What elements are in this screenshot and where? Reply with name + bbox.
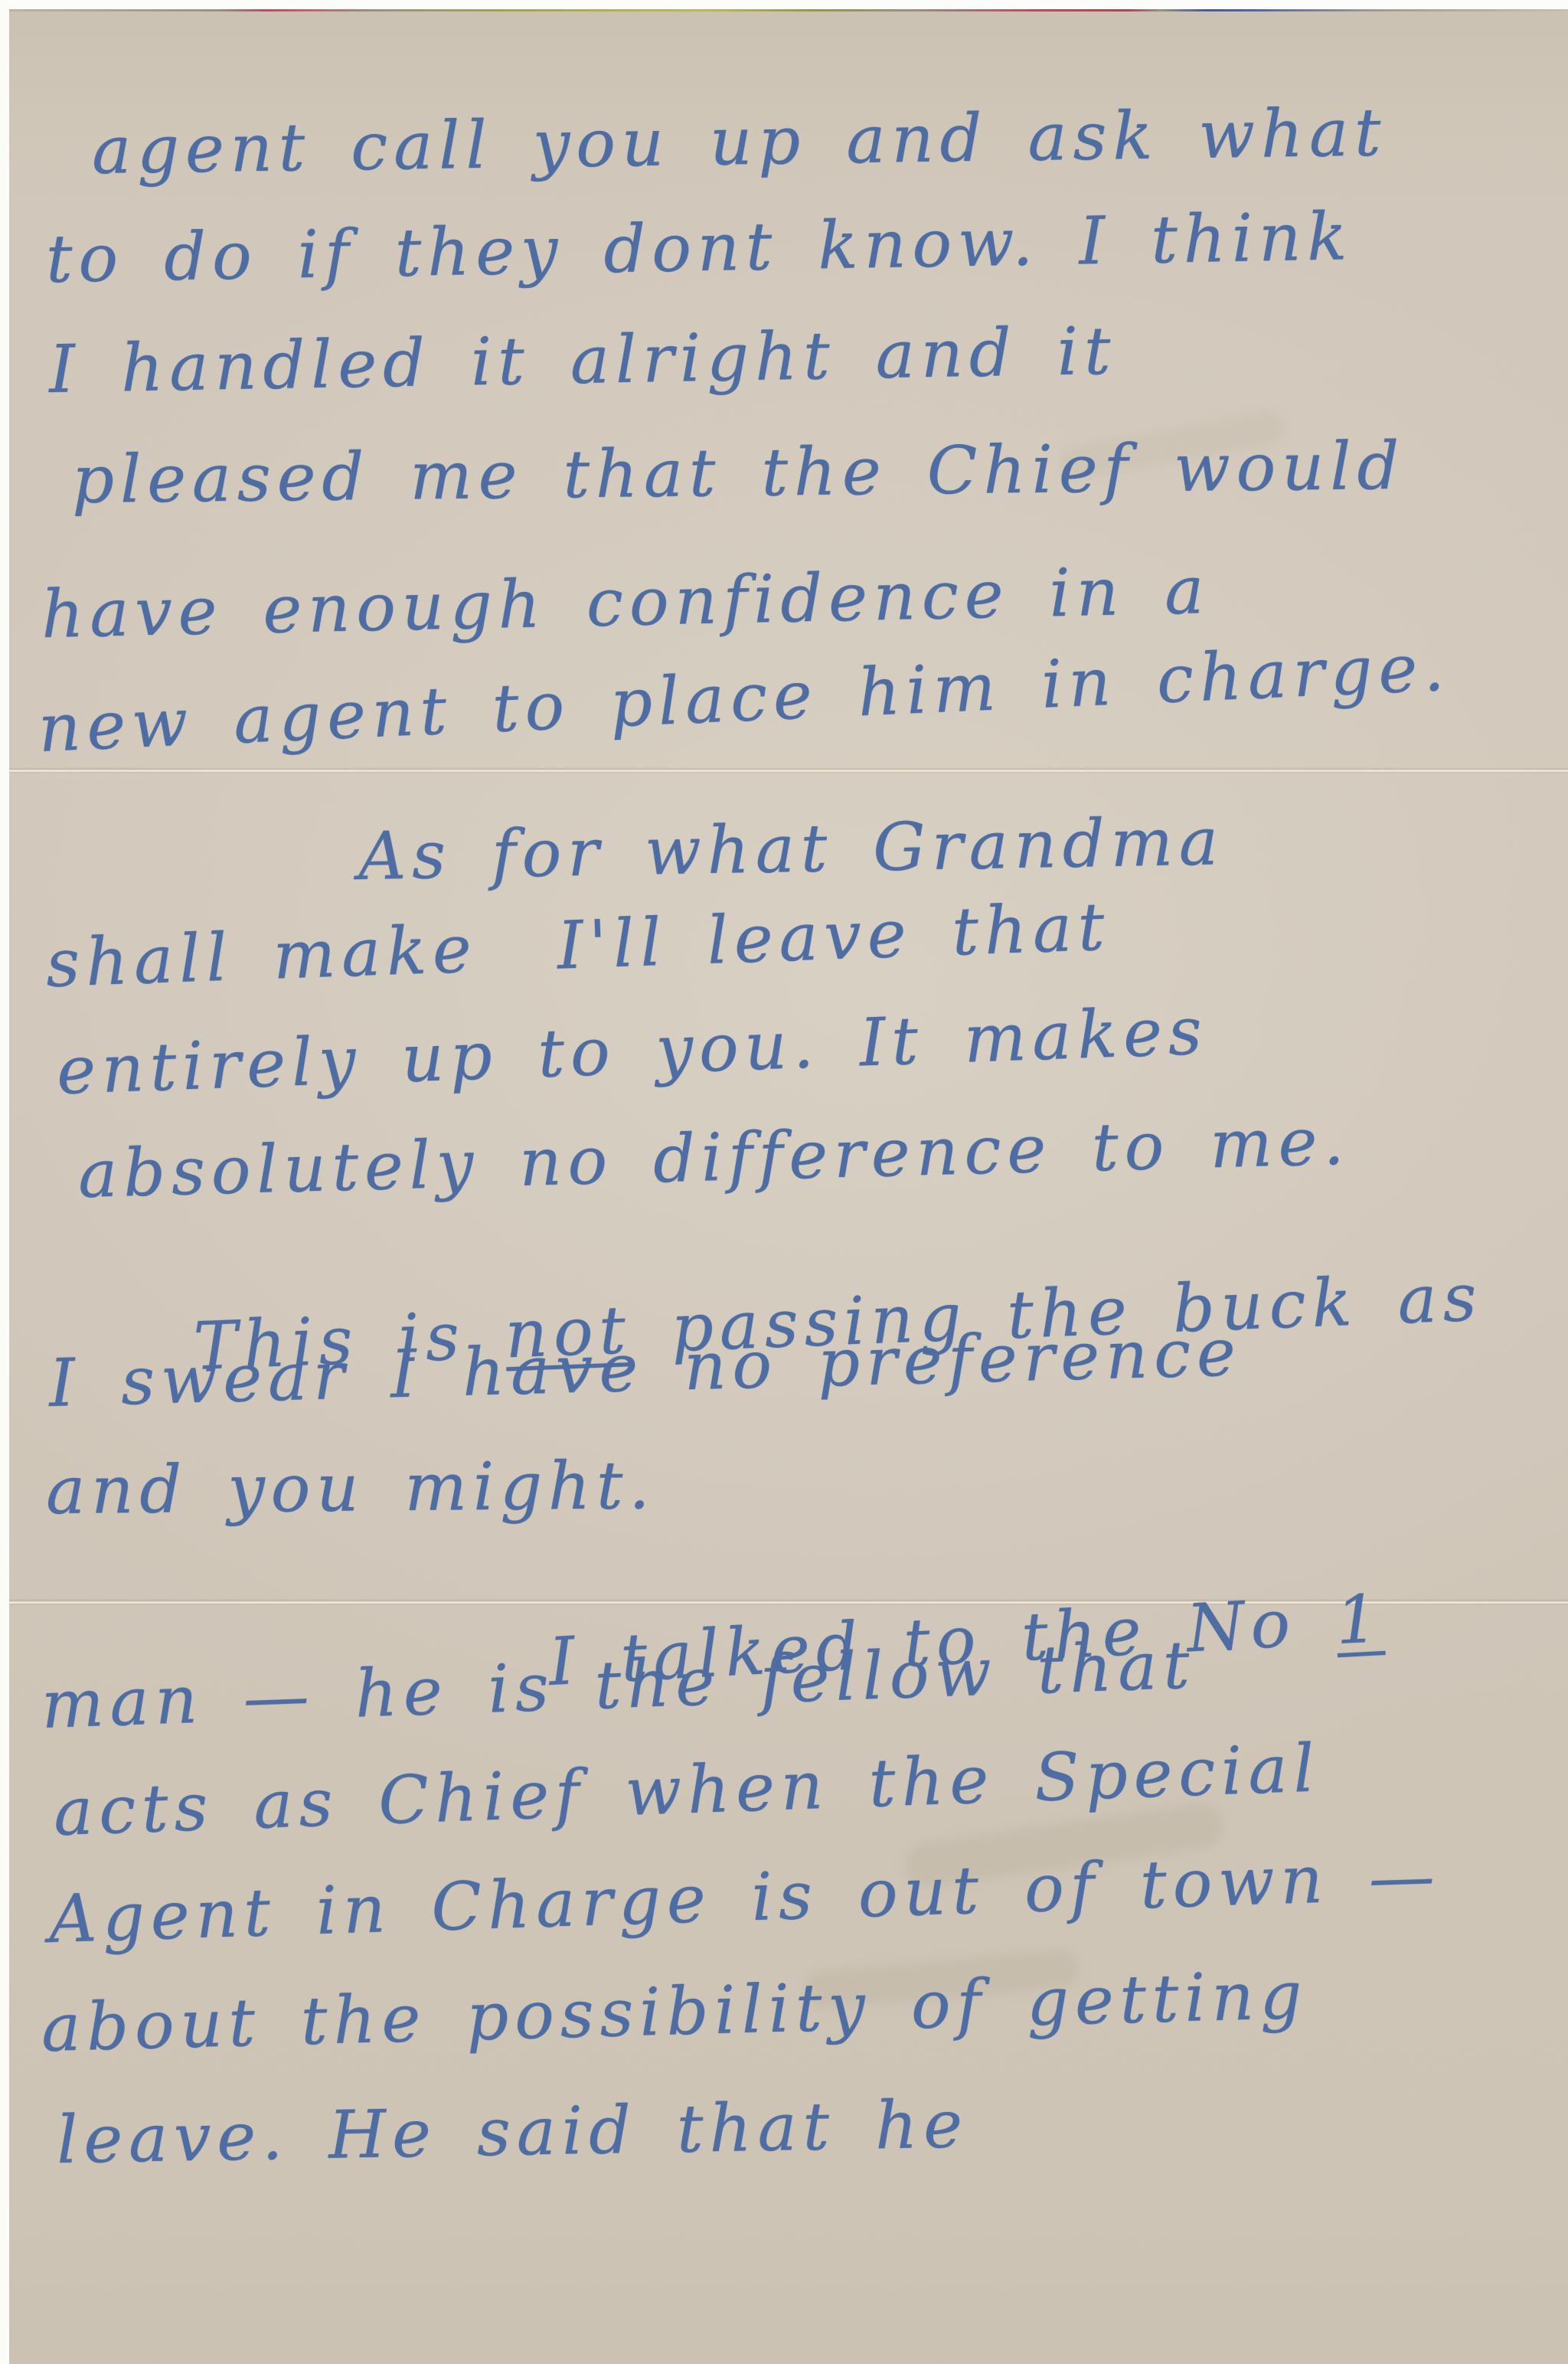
scan-margin-left <box>0 0 9 2364</box>
handwritten-line-4: pleased me that the Chief would <box>72 430 1406 517</box>
handwritten-line-10: absolutely no difference to me. <box>77 1106 1351 1211</box>
scanner-artifact-line <box>0 9 1568 11</box>
handwritten-line-7: As for what Grandma <box>358 806 1224 893</box>
handwritten-line-5: have enough confidence in a <box>41 554 1210 652</box>
handwritten-line-3: I handled it alright and it <box>48 316 1117 407</box>
handwritten-line-9: entirely up to you. It makes <box>55 996 1209 1108</box>
handwritten-line-8: shall make I'll leave that <box>44 891 1111 1000</box>
handwritten-line-18: about the possibility of getting <box>41 1960 1309 2065</box>
handwritten-line-2: to do if they dont know. I think <box>45 201 1353 296</box>
handwritten-line-11: This is not passing the buck as <box>30 1189 1487 1461</box>
letter-page: agent call you up and ask what to do if … <box>0 0 1568 2364</box>
handwritten-line-1: agent call you up and ask what <box>91 96 1387 187</box>
handwritten-line-13: and you might. <box>46 1450 656 1528</box>
underlined-number-1: 1 <box>1334 1581 1386 1659</box>
handwritten-line-17: Agent in Charge is out of town — <box>48 1840 1442 1957</box>
handwritten-line-19: leave. He said that he <box>56 2088 969 2176</box>
fold-crease-upper <box>0 767 1568 773</box>
scan-margin-top <box>0 0 1568 9</box>
handwritten-line-6: new agent to place him in charge. <box>37 632 1452 766</box>
